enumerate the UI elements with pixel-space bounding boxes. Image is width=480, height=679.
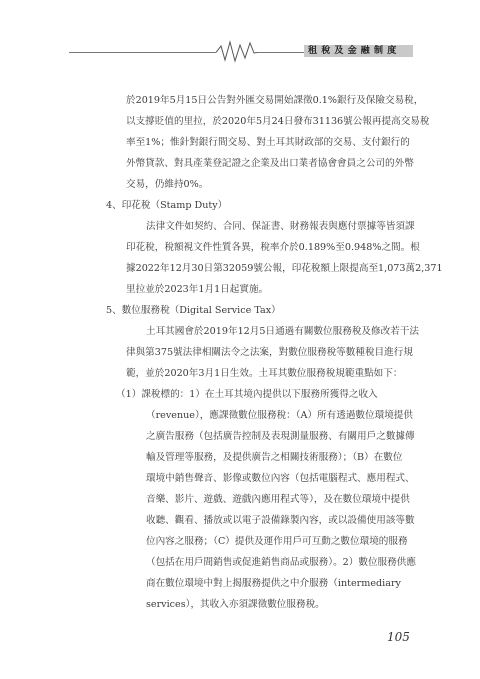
paragraph-line: 環境中銷售聲音、影像或數位內容（包括電腦程式、應用程式、 [146,472,415,486]
paragraph-line: 音樂、影片、遊戲、遊戲內應用程式等），及在數位環境中提供 [146,493,410,507]
paragraph-line: 收聽、觀看、播放或以電子設備錄製內容，或以設備使用該等數 [146,514,415,528]
section-heading-stamp-duty: 4、印花稅（Stamp Duty） [106,199,227,213]
paragraph-line: 據2022年12月30日第32059號公報，印花稅額上限提高至1,073萬2,3… [126,262,443,276]
list-item-heading: （1）課稅標的：1）在土耳其境內提供以下服務所獲得之收入 [116,388,378,402]
paragraph-line: 輸及管理等服務，及提供廣告之相關技術服務）；（B）在數位 [146,451,402,465]
paragraph-line: 之廣告服務（包括廣告控制及表現測量服務、有關用戶之數據傳 [146,430,415,444]
paragraph-line: 印花稅，稅額視文件性質各異，稅率介於0.189%至0.948%之間。根 [126,241,420,255]
running-header: 租稅及金融制度 [0,0,480,80]
paragraph-line: （包括在用戶間銷售或促進銷售商品或服務）。2）數位服務供應 [146,556,416,570]
paragraph-line: 以支撐貶值的里拉，於2020年5月24日發布31136號公報再提高交易稅 [126,115,430,129]
paragraph-line: 里拉並於2023年1月1日起實施。 [126,283,268,297]
paragraph-line: 外幣貸款、對具產業登記證之企業及出口業者協會會員之公司的外幣 [126,157,414,171]
section-heading-digital-service-tax: 5、數位服務稅（Digital Service Tax） [106,304,281,318]
zigzag-line-icon [0,0,480,80]
paragraph-line: 律與第375號法律相關法令之法案，對數位服務稅等數種稅目進行規 [126,346,413,360]
paragraph-line: 交易，仍維持0%。 [126,178,208,192]
header-title: 租稅及金融制度 [304,45,413,57]
paragraph-line: （revenue），應課徵數位服務稅：（A）所有透過數位環境提供 [146,409,413,423]
paragraph-line: 範，並於2020年3月1日生效。土耳其數位服務稅規範重點如下： [126,367,402,381]
paragraph-line: services），其收入亦須課徵數位服務稅。 [146,598,325,612]
paragraph-line: 於2019年5月15日公告對外匯交易開始課徵0.1%銀行及保險交易稅， [126,94,423,108]
paragraph-line: 土耳其國會於2019年12月5日通過有關數位服務稅及修改若干法 [146,325,419,339]
paragraph-line: 商在數位環境中對上揭服務提供之中介服務（intermediary [146,577,401,591]
page-number: 105 [387,630,410,644]
paragraph-line: 位內容之服務；（C）提供及運作用戶可互動之數位環境的服務 [146,535,408,549]
paragraph-line: 法律文件如契約、合同、保証書、財務報表與應付票據等皆須課 [146,220,415,234]
paragraph-line: 率至1%；惟針對銀行間交易、對土耳其財政部的交易、支付銀行的 [126,136,410,150]
